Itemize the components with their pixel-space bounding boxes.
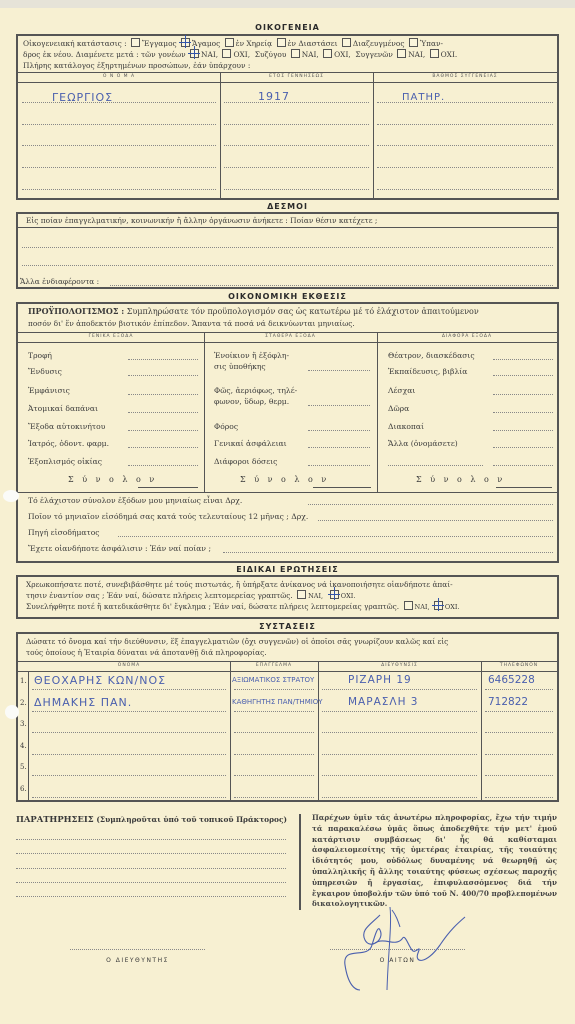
column-divider [481,661,482,800]
expense-other-amount-field[interactable] [493,465,553,466]
ref-col-header-address: ΔΙΕΥΘΥΝΣΙΣ [318,663,481,668]
spouse-no-label: ΟΧΙ, [334,50,351,59]
widowed-checkbox[interactable] [225,38,234,47]
misc-total-field[interactable] [496,487,552,488]
budget-label: ΠΡΟΫΠΟΛΟΓΙΣΜΟΣ : [28,306,124,316]
col-header-relation: ΒΑΘΜΟΣ ΣΥΓΓΕΝΕΙΑΣ [373,74,557,79]
bankruptcy-no-checkbox[interactable] [330,590,339,599]
section-title-ties: ΔΕΣΜΟΙ [0,202,575,211]
expense-entertainment-field[interactable] [493,359,553,360]
living-with-line: δρος ἐκ νέου. Διαμένετε μετά : τῶν γονέω… [23,49,553,60]
expense-entertainment-label: Θέατρον, διασκέδασις [388,351,475,360]
expense-vacation-label: Διακοπαί [388,422,424,431]
expense-tax-label: Φόρος [214,422,238,431]
reference-address-line [322,689,477,690]
living-with-label: δρος ἐκ νέου. Διαμένετε μετά : τῶν γονέω… [23,50,186,59]
ref-col-header-name: ΟΝΟΜΑ [28,663,230,668]
expense-other-field[interactable] [493,447,553,448]
remarried-checkbox[interactable] [409,38,418,47]
reference-profession-line [234,711,314,712]
budget-instructions: ΠΡΟΫΠΟΛΟΓΙΣΜΟΣ : Συμπληρώσατε τόν προϋπο… [28,306,553,317]
remarks-line-3[interactable] [16,868,286,869]
entry-line [22,167,216,168]
min-total-field[interactable] [308,504,553,505]
divider [18,82,557,83]
entry-line [377,124,553,125]
col-header-birth-year: ΕΤΟΣ ΓΕΝΝΗΣΕΩΣ [220,74,373,79]
misc-total-label: Σ ύ ν ο λ ο ν [416,475,505,484]
reference-profession-line [234,689,314,690]
section-title-financial: ΟΙΚΟΝΟΜΙΚΗ ΕΚΘΕΣΙΣ [0,292,575,301]
reference-address-field[interactable]: ΡΙΖΑΡΗ 19 [348,674,412,686]
spouse-no-checkbox[interactable] [323,49,332,58]
col-header-name: Ο Ν Ο Μ Α [18,74,220,79]
reference-row-number: 1. [20,677,27,685]
applicant-signature-icon [330,905,470,995]
remarks-line-5[interactable] [16,896,286,897]
bankruptcy-question-1: Χρεωκοπήσατε ποτέ, συνεβιβάσθητε μέ τούς… [26,579,453,590]
divider [18,332,557,333]
insurance-field[interactable] [223,552,553,553]
declaration-divider [299,814,301,910]
marital-status-label: Οἰκογενειακή κατάστασις : [23,39,127,48]
relatives-no-checkbox[interactable] [430,49,439,58]
entry-line [22,124,216,125]
expense-installments-label: Διάφοροι δόσεις [214,457,277,466]
divider [18,661,557,662]
reference-address-line [322,732,477,733]
col-header-fixed: ΣΤΑΘΕΡΑ ΕΞΟΔΑ [204,334,377,339]
bankruptcy-no-label: ΟΧΙ. [341,592,356,600]
dependent-birth-year-field[interactable]: 1917 [258,90,290,103]
director-signature-label: Ο ΔΙΕΥΘΥΝΤΗΣ [70,957,205,964]
parents-no-label: ΟΧΙ, [233,50,250,59]
relatives-label: Συγγενῶν [355,50,392,59]
marital-status-line: Οἰκογενειακή κατάστασις : Ἔγγαμος Ἄγαμος… [23,38,553,49]
entry-line [377,167,553,168]
section-title-special: ΕΙΔΙΚΑΙ ΕΡΩΤΗΣΕΙΣ [0,565,575,574]
reference-name-line [32,711,226,712]
reference-row-number: 4. [20,742,27,750]
column-divider [220,72,221,198]
min-total-label: Τό ἐλάχιστον σύνολον ἐξόδων μου μηνιαίως… [28,496,242,505]
expense-utilities-field[interactable] [308,405,370,406]
parents-yes-label: ΝΑΙ, [201,50,218,59]
criminal-question-text: Συνελήφθητε ποτέ ἤ κατεδικάσθητε δι' ἔγκ… [26,602,399,611]
scan-top-edge [0,0,575,8]
spouse-yes-label: ΝΑΙ, [302,50,319,59]
entry-line [377,145,553,146]
remarried-label: Ὑπαν- [420,39,443,48]
reference-phone-line [485,775,553,776]
references-intro-1: Δώσατε τό ὄνομα καί τήν διεύθυνσιν, ἕξ ἐ… [26,636,448,647]
expense-utilities-label-2: φωνον, ὕδωρ, θερμ. [214,397,289,406]
spouse-yes-checkbox[interactable] [291,49,300,58]
reference-profession-field[interactable]: ΚΑΘΗΓΗΤΗΣ ΠΑΝ/ΤΗΜΙΟΥ [232,698,323,706]
divider [18,671,557,672]
expense-gifts-label: Δῶρα [388,404,409,413]
expense-rent-label-1: Ἐνοίκιον ἤ ἐξόφλη- [214,351,289,360]
section-title-family: ΟΙΚΟΓΕΝΕΙΑ [0,23,575,32]
family-box: Οἰκογενειακή κατάστασις : Ἔγγαμος Ἄγαμος… [16,34,559,200]
reference-phone-line [485,711,553,712]
separated-label: ἐν Διαστάσει [288,39,338,48]
expense-personal-label: Ἀτομικαί δαπάναι [28,404,98,413]
organization-question: Εἰς ποίαν ἐπαγγελματικήν, κοινωνικήν ἤ ἄ… [26,215,377,226]
punch-hole [3,490,19,502]
expense-appearance-field[interactable] [128,394,198,395]
organization-answer-line-2[interactable] [22,265,553,266]
reference-row-number: 3. [20,720,27,728]
bankruptcy-yes-checkbox[interactable] [297,590,306,599]
bankruptcy-question-text: τησιν ἐναντίον σας ; Ἐάν ναί, δώσατε πλή… [26,591,293,600]
reference-name-line [32,797,226,798]
expense-clothing-label: Ἔνδυσις [28,367,62,376]
expense-household-field[interactable] [128,465,198,466]
entry-line [224,167,369,168]
reference-address-line [322,754,477,755]
reference-name-line [32,754,226,755]
criminal-no-checkbox[interactable] [434,601,443,610]
reference-profession-line [234,797,314,798]
general-total-label: Σ ύ ν ο λ ο ν [68,475,157,484]
monthly-income-field[interactable] [318,520,553,521]
reference-address-field[interactable]: ΜΑΡΑΣΛΗ 3 [348,696,419,708]
remarks-subtitle: (Συμπληροῦται ὑπό τοῦ τοπικοῦ Πράκτορος) [96,815,287,824]
reference-address-line [322,775,477,776]
section-title-references: ΣΥΣΤΑΣΕΙΣ [0,622,575,631]
reference-row-number: 2. [20,699,27,707]
insurance-label: Ἔχετε οἱανδήποτε ἀσφάλισιν : Ἐάν ναί ποί… [28,544,211,553]
reference-name-field[interactable]: ΘΕΟΧΑΡΗΣ ΚΩΝ/ΝΟΣ [34,674,166,687]
criminal-yes-checkbox[interactable] [404,601,413,610]
reference-name-line [32,732,226,733]
expense-other-label: Ἄλλα (ὀνομάσετε) [388,439,458,448]
punch-hole [5,705,19,719]
expense-medical-field[interactable] [128,447,198,448]
reference-phone-line [485,754,553,755]
budget-text-2: ποσόν δι' ἕν ἀποδεκτόν βιοτικόν ἐπίπεδον… [28,318,355,329]
divorced-label: Διαζευγμένος [353,39,405,48]
parents-no-checkbox[interactable] [222,49,231,58]
divider [18,492,557,493]
expense-insurance-field[interactable] [308,447,370,448]
separated-checkbox[interactable] [277,38,286,47]
expense-clubs-label: Λέσχαι [388,386,415,395]
column-divider [28,671,29,800]
other-interests-field[interactable] [110,285,553,286]
remarks-line-1[interactable] [16,839,286,840]
column-divider [373,72,374,198]
fixed-total-field[interactable] [313,487,371,488]
reference-name-field[interactable]: ΔΗΜΑΚΗΣ ΠΑΝ. [34,696,132,709]
column-divider [204,332,205,492]
single-checkbox[interactable] [181,38,190,47]
entry-line [224,189,369,190]
expense-utilities-label-1: Φῶς, ἀεριόφως, τηλέ- [214,386,297,395]
expense-clothing-field[interactable] [128,375,198,376]
reference-phone-line [485,797,553,798]
income-source-field[interactable] [118,536,553,537]
expense-medical-label: Ἰατρός, ὀδοντ. φαρμ. [28,439,109,448]
expense-tax-field[interactable] [308,430,370,431]
entry-line [224,145,369,146]
divorced-checkbox[interactable] [342,38,351,47]
director-signature-line[interactable] [70,949,205,950]
expense-food-label: Τροφή [28,351,52,360]
reference-row-number: 6. [20,785,27,793]
expense-education-field[interactable] [493,375,553,376]
married-checkbox[interactable] [131,38,140,47]
reference-phone-field[interactable]: 712822 [488,696,528,708]
parents-yes-checkbox[interactable] [190,49,199,58]
remarks-line-2[interactable] [16,853,286,854]
col-header-general: ΓΕΝΙΚΑ ΕΞΟΔΑ [18,334,204,339]
expense-insurance-label: Γενικαί ἀσφάλειαι [214,439,287,448]
dependent-name-field[interactable]: ΓΕΩΡΓΙΟΣ [52,91,113,104]
relatives-yes-label: ΝΑΙ, [408,50,425,59]
married-label: Ἔγγαμος [142,39,177,48]
criminal-no-label: ΟΧΙ. [445,603,460,611]
single-label: Ἄγαμος [192,39,220,48]
reference-profession-line [234,775,314,776]
budget-text-1: Συμπληρώσατε τόν προϋπολογισμόν σας ὡς κ… [127,307,479,316]
reference-profession-line [234,754,314,755]
entry-line [224,102,369,103]
relatives-yes-checkbox[interactable] [397,49,406,58]
reference-name-line [32,689,226,690]
column-divider [377,332,378,492]
reference-phone-field[interactable]: 6465228 [488,674,535,686]
expense-installments-field[interactable] [308,465,370,466]
fixed-total-label: Σ ύ ν ο λ ο ν [240,475,329,484]
reference-profession-line [234,732,314,733]
reference-name-line [32,775,226,776]
declaration-text: Παρέχων ὑμῖν τάς ἀνωτέρω πληροφορίας, ἔχ… [312,813,557,910]
criminal-question: Συνελήφθητε ποτέ ἤ κατεδικάσθητε δι' ἔγκ… [26,601,459,613]
entry-line [224,124,369,125]
entry-line [377,189,553,190]
expense-gifts-field[interactable] [493,412,553,413]
entry-line [22,145,216,146]
references-box: Δώσατε τό ὄνομα καί τήν διεύθυνσιν, ἕξ ἐ… [16,632,559,802]
expense-car-label: Ἔξοδα αὐτοκινήτου [28,422,105,431]
widowed-label: ἐν Χηρείᾳ [236,39,273,48]
reference-row-number: 5. [20,763,27,771]
spouse-label: Συζύγου [255,50,287,59]
reference-address-line [322,797,477,798]
divider [18,342,557,343]
expense-household-label: Ἐξοπλισμός οἰκίας [28,457,102,466]
bankruptcy-yes-label: ΝΑΙ, [308,592,323,600]
general-total-field[interactable] [138,487,198,488]
dependent-relation-field[interactable]: ΠΑΤΗΡ. [402,92,445,103]
expense-rent-field[interactable] [308,370,370,371]
expense-personal-field[interactable] [128,412,198,413]
ties-box: Εἰς ποίαν ἐπαγγελματικήν, κοινωνικήν ἤ ἄ… [16,212,559,289]
monthly-income-label: Ποῖον τό μηνιαῖον εἰσόδημά σας κατά τούς… [28,512,308,521]
expense-vacation-field[interactable] [493,430,553,431]
income-source-label: Πηγή εἰσοδήματος [28,528,100,537]
col-header-misc: ΔΙΑΦΟΡΑ ΕΞΟΔΑ [377,334,557,339]
relatives-no-label: ΟΧΙ. [441,50,458,59]
reference-phone-line [485,732,553,733]
financial-box: ΠΡΟΫΠΟΛΟΓΙΣΜΟΣ : Συμπληρώσατε τόν προϋπο… [16,302,559,563]
ref-col-header-phone: ΤΗΛΕΦΩΝΟΝ [481,663,557,668]
expense-food-field[interactable] [128,359,198,360]
expense-appearance-label: Ἐμφάνισις [28,386,70,395]
criminal-yes-label: ΝΑΙ, [415,603,430,611]
expense-clubs-field[interactable] [493,394,553,395]
remarks-line-4[interactable] [16,882,286,883]
organization-answer-line-1[interactable] [22,247,553,248]
references-intro-2: τούς ὁποίους ἡ Ἑταιρία δύναται νά ἀποταν… [26,647,267,658]
expense-other-name-field[interactable] [388,465,483,466]
expense-rent-label-2: σις ὑποθήκης [214,362,266,371]
divider [18,72,557,73]
reference-phone-line [485,689,553,690]
ref-col-header-profession: ΕΠΑΓΓΕΛΜΑ [230,663,318,668]
other-interests-label: Ἄλλα ἐνδιαφέροντα : [20,276,99,287]
dependents-label: Πλήρης κατάλογος ἐξηρτημένων προσώπων, ἐ… [23,60,250,71]
remarks-title: ΠΑΡΑΤΗΡΗΣΕΙΣ [16,814,94,824]
special-box: Χρεωκοπήσατε ποτέ, συνεβιβάσθητε μέ τούς… [16,575,559,619]
column-divider [230,661,231,800]
entry-line [22,189,216,190]
divider [18,227,557,228]
column-divider [318,661,319,800]
remarks-heading: ΠΑΡΑΤΗΡΗΣΕΙΣ (Συμπληροῦται ὑπό τοῦ τοπικ… [16,814,287,824]
expense-education-label: Ἐκπαίδευσις, βιβλία [388,367,467,376]
reference-profession-field[interactable]: ΑΞΙΩΜΑΤΙΚΟΣ ΣΤΡΑΤΟΥ [232,676,314,684]
expense-car-field[interactable] [128,430,198,431]
reference-address-line [322,711,477,712]
